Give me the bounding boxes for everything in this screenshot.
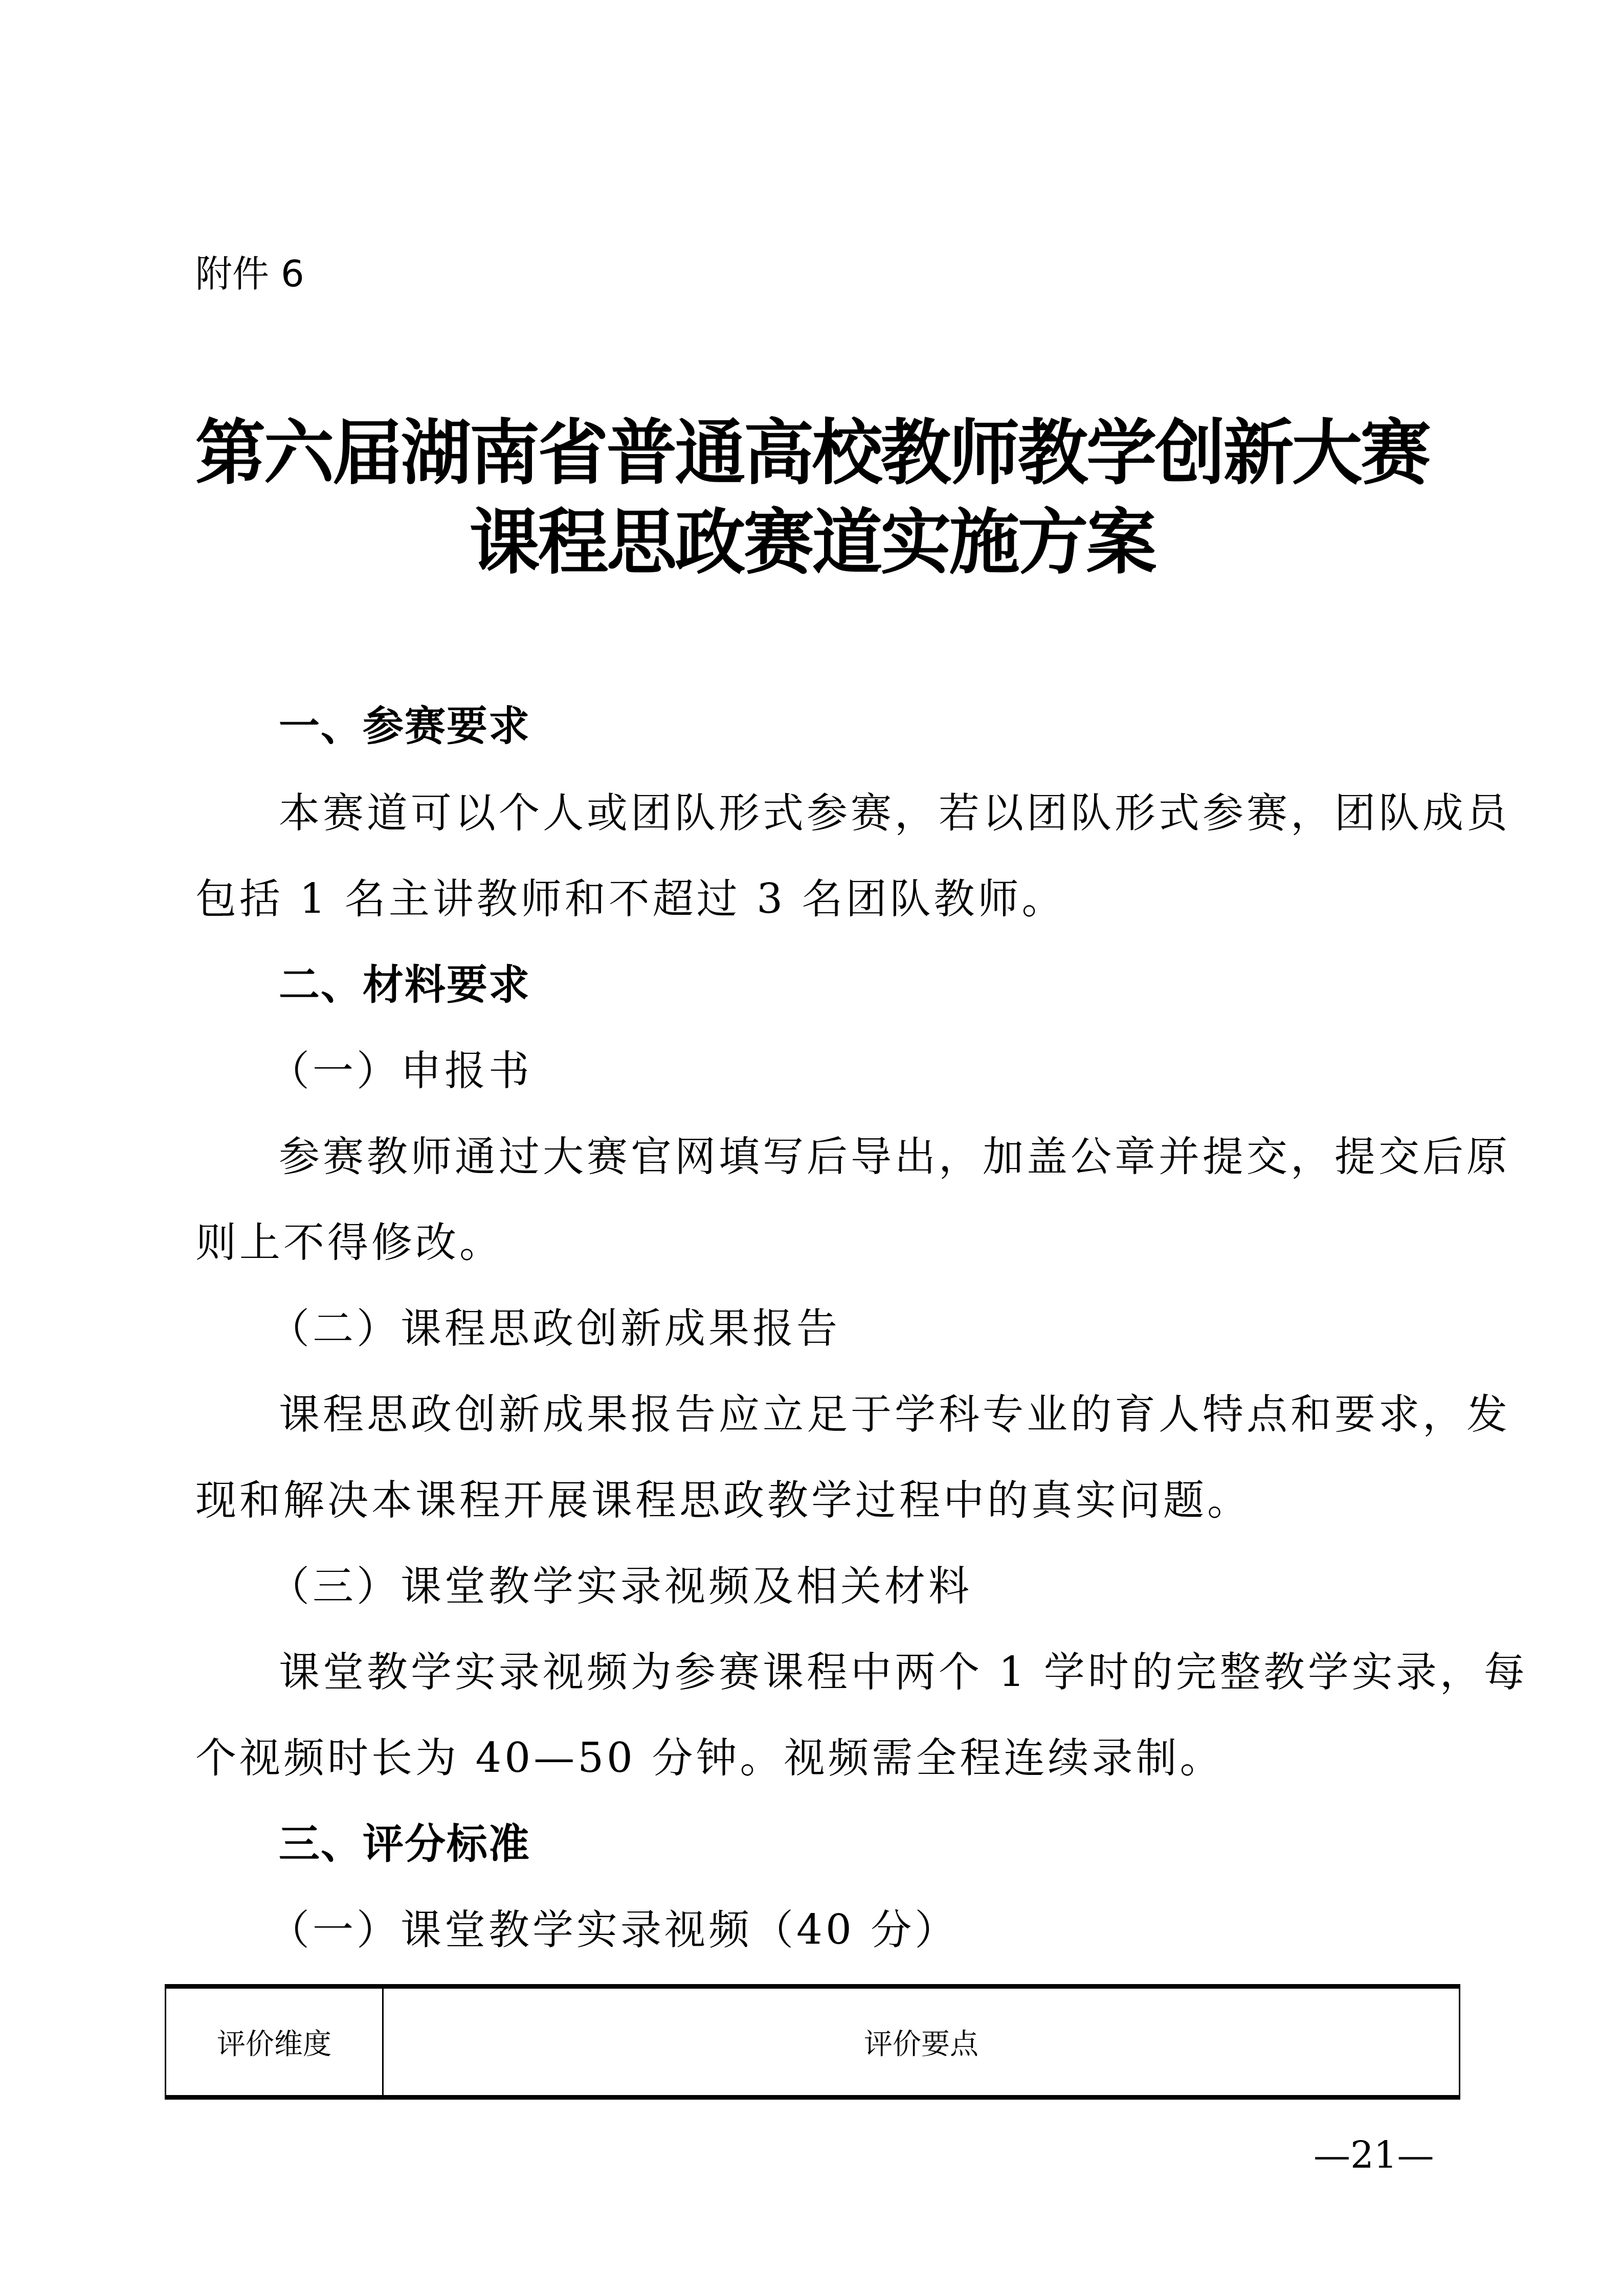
document-title-line-2: 课程思政赛道实施方案 [0,499,1624,586]
body-paragraph: 课堂教学实录视频为参赛课程中两个 1 学时的完整教学实录，每 [279,1647,1528,1698]
body-paragraph: 参赛教师通过大赛官网填写后导出，加盖公章并提交，提交后原 [279,1131,1510,1182]
body-paragraph-continued: 个视频时长为 40—50 分钟。视频需全程连续录制。 [195,1732,1223,1784]
body-paragraph-continued: 现和解决本课程开展课程思政教学过程中的真实问题。 [195,1475,1251,1526]
body-paragraph: 课程思政创新成果报告应立足于学科专业的育人特点和要求，发 [279,1389,1510,1440]
scoring-table: 评价维度 评价要点 [165,1984,1460,2100]
body-paragraph: 本赛道可以个人或团队形式参赛，若以团队形式参赛，团队成员 [279,787,1510,839]
page-number: —21— [1314,2132,1434,2178]
table-header-row: 评价维度 评价要点 [166,1987,1460,2098]
subheading-application-form: （一）申报书 [269,1045,532,1096]
section-heading-requirements: 一、参赛要求 [279,701,530,752]
subheading-classroom-video: （三）课堂教学实录视频及相关材料 [269,1561,972,1612]
body-paragraph-continued: 则上不得修改。 [195,1217,503,1268]
section-heading-materials: 二、材料要求 [279,959,530,1010]
document-title-line-1: 第六届湖南省普通高校教师教学创新大赛 [0,409,1624,496]
body-paragraph-continued: 包括 1 名主讲教师和不超过 3 名团队教师。 [195,873,1066,925]
table-header-dimension: 评价维度 [166,1987,383,2098]
subheading-innovation-report: （二）课程思政创新成果报告 [269,1303,840,1354]
attachment-label: 附件 6 [195,248,304,299]
section-heading-scoring: 三、评分标准 [279,1818,530,1870]
table-header-points: 评价要点 [383,1987,1460,2098]
subheading-video-score: （一）课堂教学实录视频（40 分） [269,1904,959,1955]
